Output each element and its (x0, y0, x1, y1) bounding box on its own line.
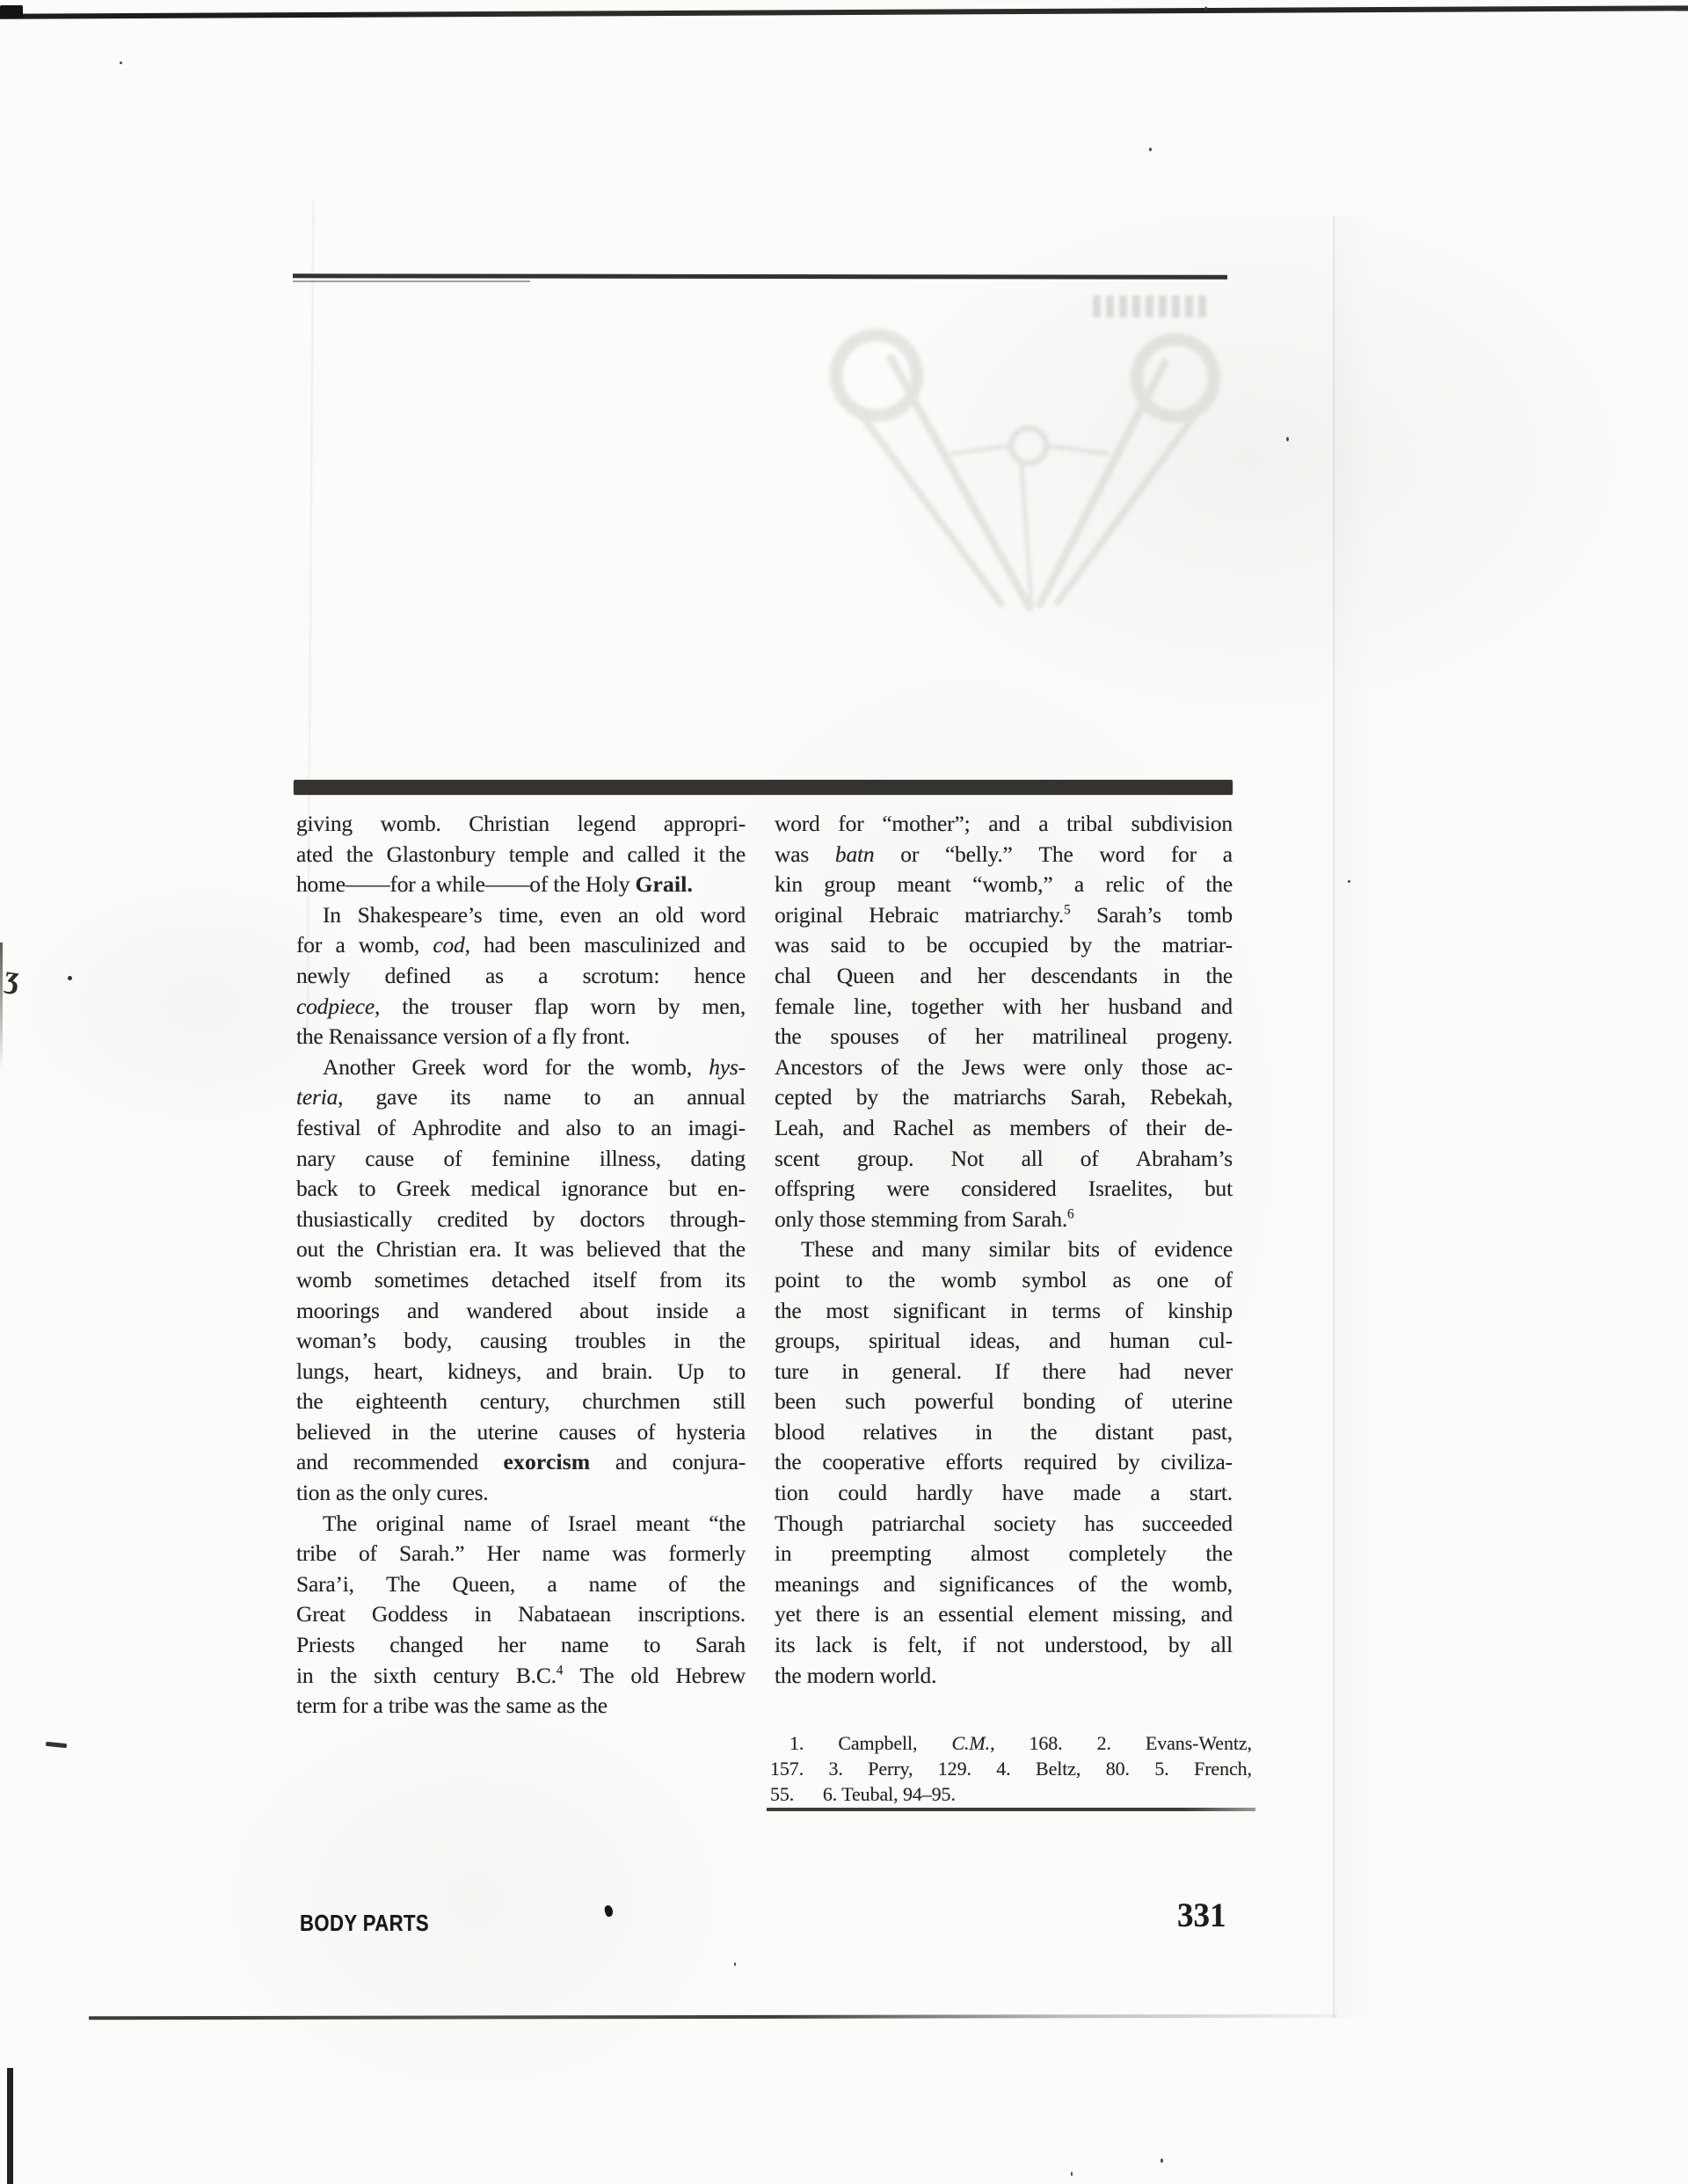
text-line: 55. 6. Teubal, 94–95. (770, 1781, 1252, 1807)
text-line: mooringsandwanderedaboutinsidea (296, 1296, 746, 1327)
text-line: givingwomb.Christianlegendappropri- (296, 809, 746, 840)
text-line: themostsignificantintermsofkinship (775, 1296, 1233, 1327)
ink-spot (603, 1904, 615, 1918)
text-line: tion as the only cures. (296, 1478, 746, 1509)
bleedthrough-text (1093, 295, 1207, 317)
text-line: tribeofSarah.”Hernamewasformerly (296, 1539, 746, 1569)
text-line: atedtheGlastonburytempleandcalleditthe (296, 840, 746, 870)
scan-left-edge-mark-upper (0, 943, 3, 1070)
text-line: inpreemptingalmostcompletelythe (775, 1539, 1233, 1569)
text-line: Leah,andRachelasmembersoftheirde- (775, 1113, 1233, 1144)
speck (120, 62, 122, 64)
section-divider-bar (294, 780, 1233, 795)
text-line: term for a tribe was the same as the (296, 1691, 746, 1722)
running-footer: BODY PARTS (300, 1910, 429, 1937)
text-line: TheoriginalnameofIsraelmeant“the (296, 1509, 746, 1540)
text-line: kingroupmeant“womb,”arelicofthe (775, 870, 1233, 900)
speck (1160, 2159, 1163, 2163)
text-line: wordfor“mother”;andatribalsubdivision (775, 809, 1233, 840)
text-line: 1.Campbell,C.M.,168.2.Evans-Wentz, (770, 1730, 1252, 1756)
speck (1348, 880, 1350, 883)
text-column-right: wordfor“mother”;andatribalsubdivisionwas… (775, 809, 1233, 1691)
text-line: chalQueenandherdescendantsinthe (775, 961, 1233, 992)
text-line: Thoughpatriarchalsocietyhassucceeded (775, 1509, 1233, 1540)
header-rule (293, 273, 1227, 279)
scan-top-edge-line (0, 5, 1688, 18)
speck (734, 1962, 736, 1966)
text-line: AncestorsoftheJewswereonlythoseac- (775, 1052, 1233, 1083)
text-line: tureingeneral.Iftherehadnever (775, 1357, 1233, 1387)
text-line: originalHebraicmatriarchy.5Sarah’stomb (775, 900, 1233, 931)
margin-pen-mark: ʒ (3, 957, 22, 996)
text-line: PriestschangedhernametoSarah (296, 1630, 746, 1661)
page-number: 331 (1177, 1896, 1226, 1935)
text-line: wombsometimesdetacheditselffromits (296, 1265, 746, 1296)
text-line: the modern world. (775, 1661, 1233, 1692)
text-line: Sara’i,TheQueen,anameofthe (296, 1569, 746, 1600)
text-line: believedintheuterinecausesofhysteria (296, 1417, 746, 1448)
footnote-rule (767, 1808, 1255, 1811)
text-line: femaleline,togetherwithherhusbandand (775, 992, 1233, 1023)
text-line: andrecommendedexorcismandconjura- (296, 1447, 746, 1478)
text-line: home——for a while——of the Holy Grail. (296, 870, 746, 900)
text-line: woman’sbody,causingtroublesinthe (296, 1326, 746, 1357)
text-line: thecooperativeeffortsrequiredbyciviliza- (775, 1447, 1233, 1478)
paper-right-shadow (1335, 215, 1371, 2018)
stray-apostrophe-mark: ’ (1203, 2, 1209, 25)
speck (1071, 2172, 1073, 2176)
text-line: 157.3.Perry,129.4.Beltz,80.5.French, (770, 1756, 1252, 1781)
speck (1149, 148, 1152, 151)
text-line: tioncouldhardlyhavemadeastart. (775, 1478, 1233, 1509)
text-line: narycauseoffeminineillness,dating (296, 1144, 746, 1175)
text-line: only those stemming from Sarah.6 (775, 1205, 1233, 1235)
scanned-page: givingwomb.Christianlegendappropri-atedt… (0, 0, 1688, 2184)
text-line: itslackisfelt,ifnotunderstood,byall (775, 1630, 1233, 1661)
text-line: AnotherGreekwordforthewomb,hys- (296, 1052, 746, 1083)
text-line: bloodrelativesinthedistantpast, (775, 1417, 1233, 1448)
text-line: thespousesofhermatrilinealprogeny. (775, 1022, 1233, 1052)
text-line: groups,spiritualideas,andhumancul- (775, 1326, 1233, 1357)
text-line: InShakespeare’stime,evenanoldword (296, 900, 746, 931)
text-line: the Renaissance version of a fly front. (296, 1022, 746, 1052)
margin-dot (68, 976, 72, 980)
text-line: beensuchpowerfulbondingofuterine (775, 1387, 1233, 1417)
text-line: wasbatnor“belly.”Thewordfora (775, 840, 1233, 870)
text-line: ceptedbythematriarchsSarah,Rebekah, (775, 1082, 1233, 1113)
text-line: theeighteenthcentury,churchmenstill (296, 1387, 746, 1417)
text-line: pointtothewombsymbolasoneof (775, 1265, 1233, 1296)
text-line: teria,gaveitsnametoanannual (296, 1082, 746, 1113)
text-line: lungs,heart,kidneys,andbrain.Upto (296, 1357, 746, 1387)
scan-left-edge-mark-lower (7, 2068, 13, 2184)
text-line: forawomb,cod,hadbeenmasculinizedand (296, 930, 746, 961)
text-line: outtheChristianera.Itwasbelievedthatthe (296, 1234, 746, 1265)
text-line: scentgroup.NotallofAbraham’s (775, 1144, 1233, 1175)
text-column-left: givingwomb.Christianlegendappropri-atedt… (296, 809, 746, 1722)
text-line: offspringwereconsideredIsraelites,but (775, 1174, 1233, 1205)
margin-dash-mark (46, 1742, 67, 1748)
text-line: codpiece,thetrouserflapwornbymen, (296, 992, 746, 1023)
paper-bottom-edge (89, 2014, 1337, 2020)
scan-top-left-blob (0, 5, 23, 18)
footnotes: 1.Campbell,C.M.,168.2.Evans-Wentz,157.3.… (770, 1730, 1252, 1807)
text-line: newlydefinedasascrotum:hence (296, 961, 746, 992)
speck (1286, 437, 1289, 441)
bleedthrough-sketch (822, 295, 1235, 629)
text-line: GreatGoddessinNabataeaninscriptions. (296, 1599, 746, 1630)
text-line: Theseandmanysimilarbitsofevidence (775, 1234, 1233, 1265)
text-line: meaningsandsignificancesofthewomb, (775, 1569, 1233, 1600)
text-line: yetthereisanessentialelementmissing,and (775, 1599, 1233, 1630)
text-line: thusiasticallycreditedbydoctorsthrough- (296, 1205, 746, 1235)
text-line: backtoGreekmedicalignorancebuten- (296, 1174, 746, 1205)
text-line: inthesixthcenturyB.C.4TheoldHebrew (296, 1661, 746, 1692)
text-line: wassaidtobeoccupiedbythematriar- (775, 930, 1233, 961)
header-rule-shadow (293, 280, 530, 282)
text-line: festivalofAphroditeandalsotoanimagi- (296, 1113, 746, 1144)
